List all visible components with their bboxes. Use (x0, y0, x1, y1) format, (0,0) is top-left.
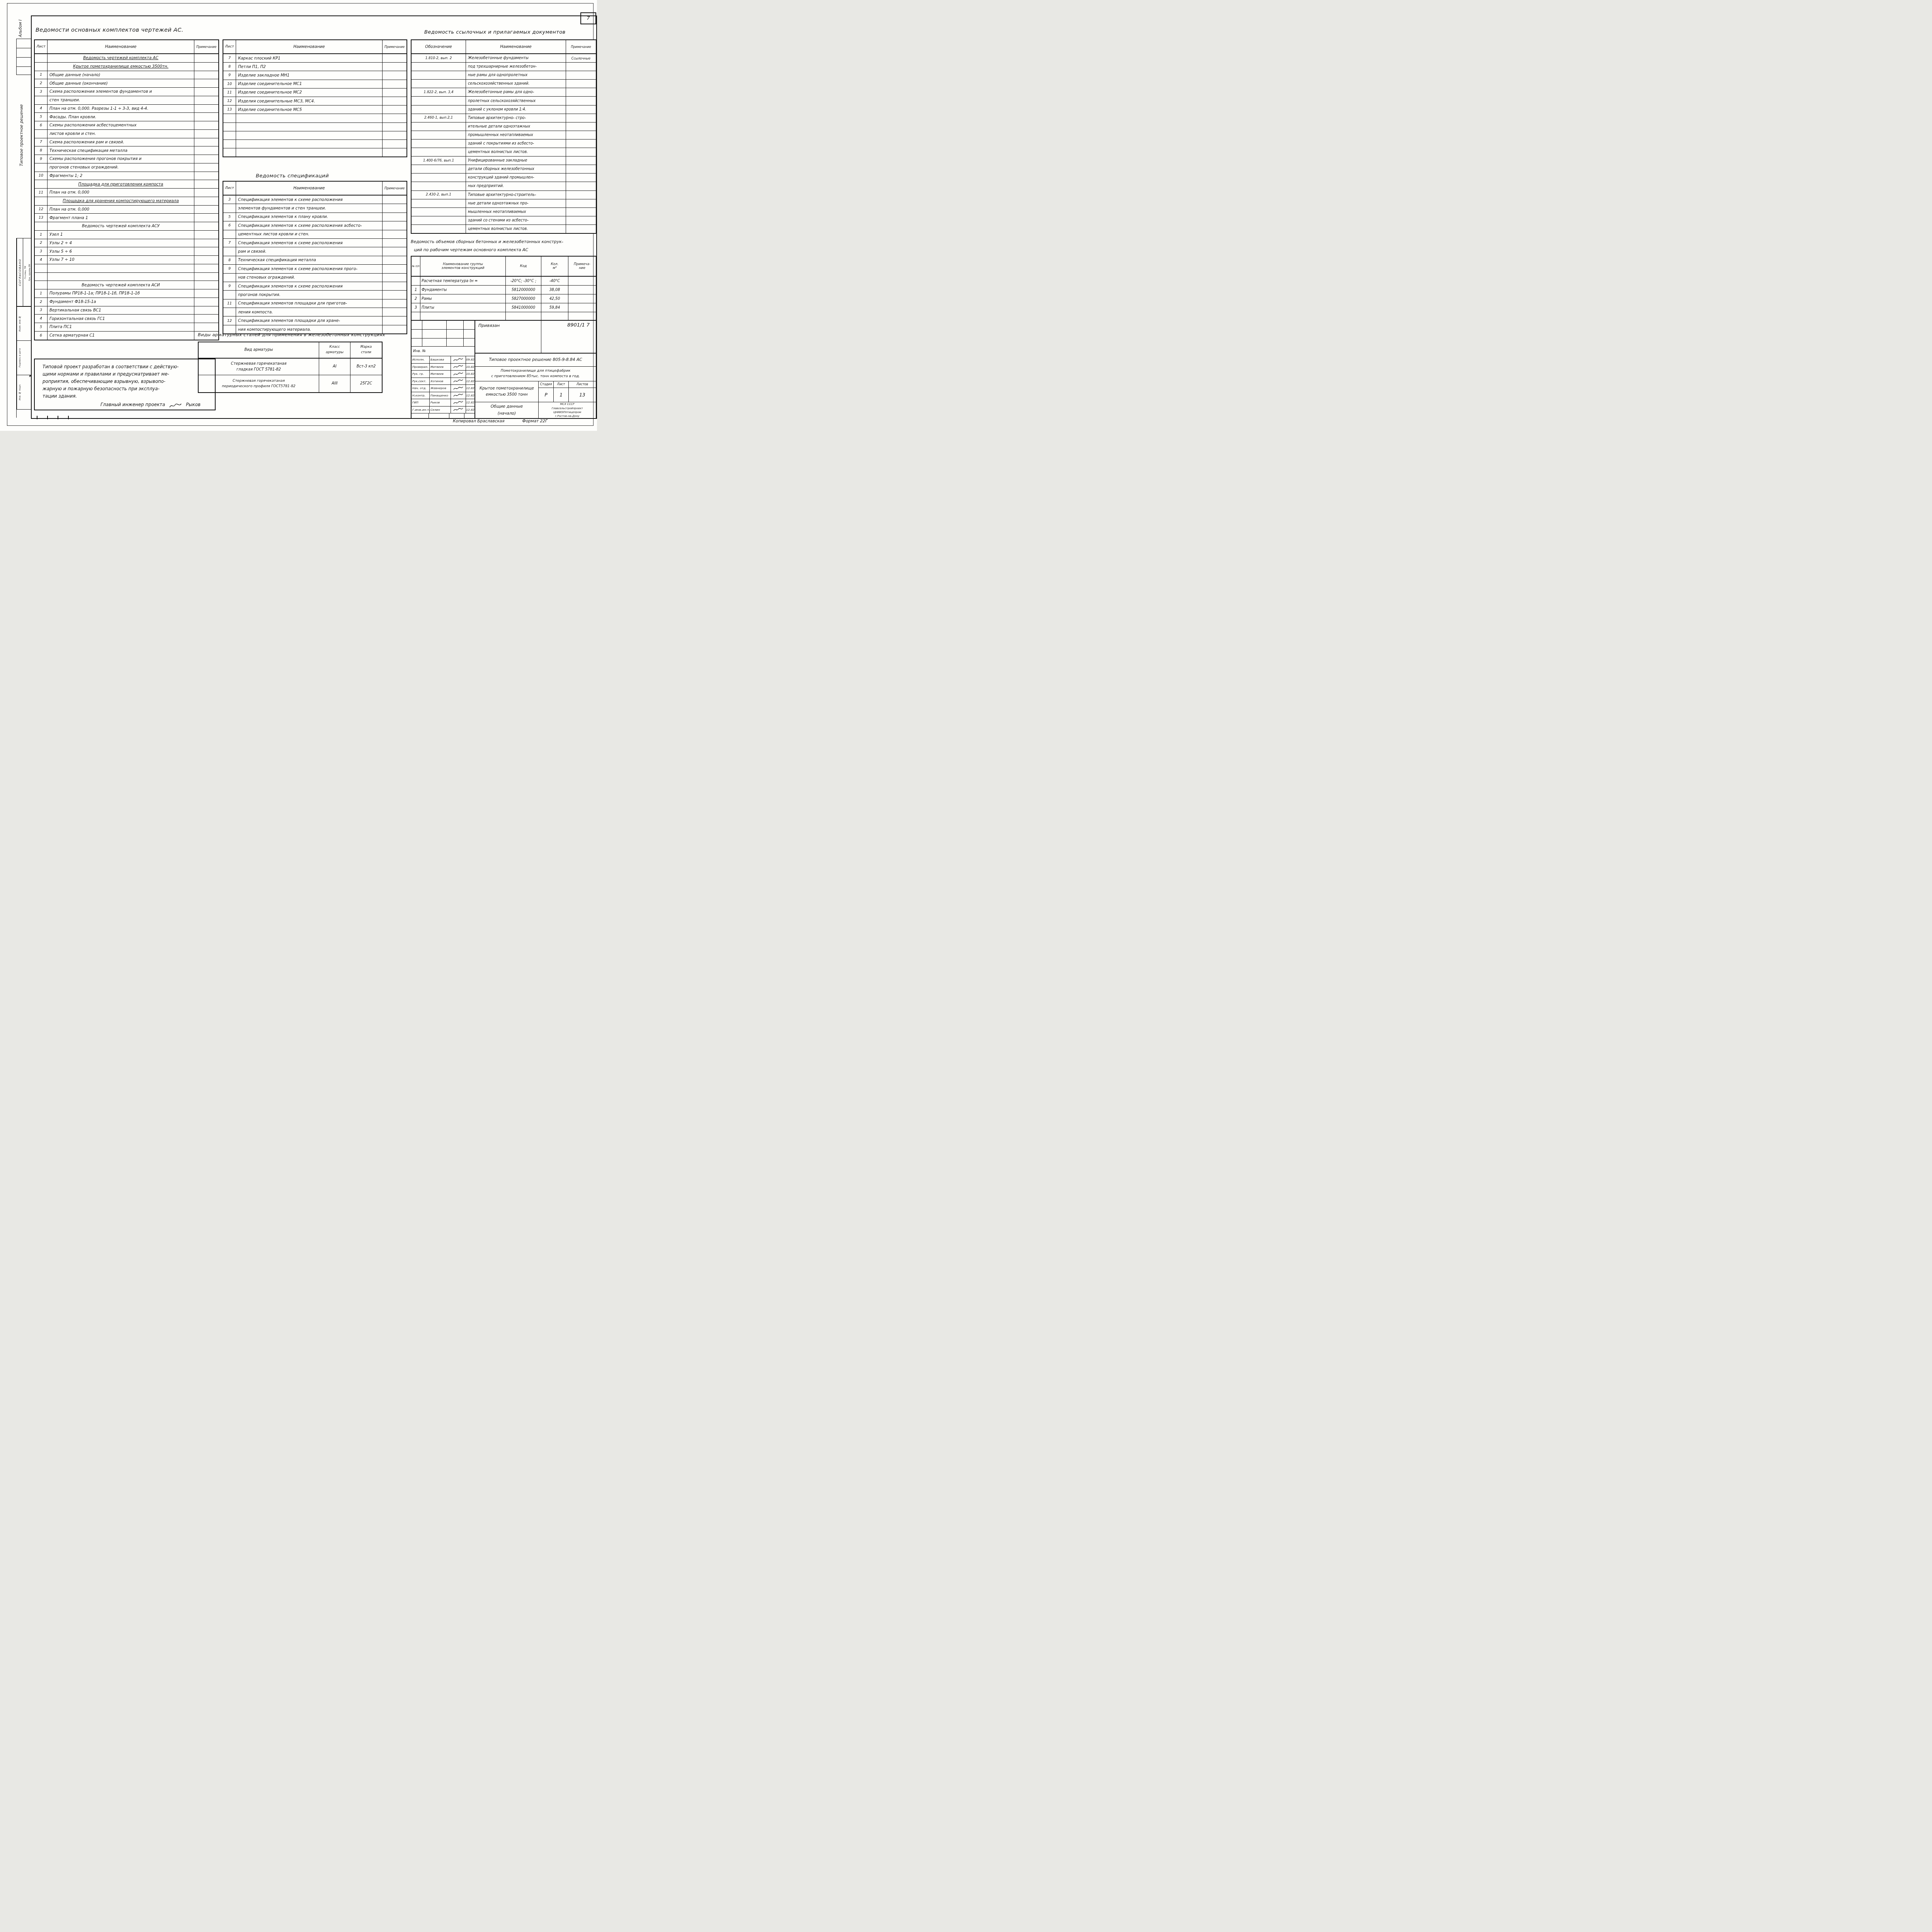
signature-row: Проверил. Матвеев 10.82 (412, 364, 474, 371)
signature-scribble (451, 399, 466, 406)
ref-table-header: Обозначение Наименование Примечание (412, 40, 596, 54)
table-row: 12 Изделия соединительные МС3, МС4. (223, 97, 406, 105)
table-row (223, 123, 406, 131)
table-row (223, 140, 406, 148)
signature-scribble (451, 371, 466, 378)
table-row: 2.460-1, вып.2,1 Типовые архитектурно- с… (412, 114, 596, 122)
title-block: Инв. № Исполн. Башкова 09.82 Проверил. (411, 320, 597, 419)
vol-row: 1 Фундаменты 5812000000 38,08 (412, 286, 596, 294)
note-sign-name: Рыков (186, 401, 201, 408)
vol-row: 2 Рамы 5827000000 42,50 (412, 294, 596, 303)
table-row: ительные детали одноэтажных (412, 122, 596, 131)
table-row: 3 Схема расположения элементов фундамент… (35, 88, 218, 96)
left-table: Лист Наименование Примечание Ведомость ч… (34, 39, 219, 340)
table-row: 3 Спецификация элементов к схеме располо… (223, 196, 406, 204)
table-row: 4 План на отм. 0,000. Разрезы 1-1 ÷ 3-3,… (35, 105, 218, 113)
table-row: 1.822-2, вып. 3,4 Железобетонные рамы дл… (412, 88, 596, 97)
note-box: Типовой проект разработан в соответствии… (34, 359, 216, 410)
table-row: конструкций зданий промышлен- (412, 173, 596, 182)
title-block-left: Инв. № Исполн. Башкова 09.82 Проверил. (412, 321, 475, 418)
table-row: промышленных неотапливаемых (412, 131, 596, 139)
sheet-name-band: Крытое пометохранилищеемкостью 3500 тонн… (475, 381, 596, 403)
table-row: зданий со стенами из асбесто- (412, 216, 596, 225)
sheet-content: Общие данные(начало) (475, 402, 539, 418)
frame-tick (58, 416, 58, 419)
margin-agreed-sig2: Рук. группы ВК (27, 238, 32, 306)
table-row: ления компоста. (223, 308, 406, 316)
signature-scribble (451, 364, 466, 371)
table-row: Площадка для хранения компостирующего ма… (35, 197, 218, 206)
table-row: 6 Схемы расположения асбестоцементных (35, 121, 218, 130)
left-table-header: Лист Наименование Примечание (35, 40, 218, 54)
table-row: элементов фундаментов и стен траншеи. (223, 204, 406, 213)
pinned-label: Привязан (475, 321, 541, 353)
table-row: 10 Изделие соединительное МС1 (223, 80, 406, 88)
table-row: 7 Спецификация элементов к схеме располо… (223, 239, 406, 247)
vol-row: 3 Плиты 5841000000 59,84 (412, 303, 596, 312)
drawing-sheet: 7 Альбом I Типовое проектное решение СОГ… (0, 0, 597, 431)
table-row: пролетных сельскохозяйственных (412, 97, 596, 105)
margin-album-label: Альбом I (19, 13, 23, 37)
margin-grid-top (16, 39, 32, 75)
ref-table: Обозначение Наименование Примечание 1.81… (411, 39, 597, 234)
table-row: под трехшарнирные железобетон- (412, 63, 596, 71)
table-row: зданий с уклоном кровли 1:4. (412, 105, 596, 114)
series-title: Типовое проектное решение 805-9-8.84 АС (475, 354, 596, 367)
table-row: 5 Фасады. План кровли. (35, 113, 218, 121)
table-row: 9 Схемы расположения прогонов покрытия и (35, 155, 218, 163)
sheet-name: Крытое пометохранилищеемкостью 3500 тонн (475, 381, 539, 402)
table-row: ные рамы для однопролетных (412, 71, 596, 80)
signature-scribble (451, 406, 466, 413)
table-row: 9 Спецификация элементов к схеме располо… (223, 265, 406, 273)
table-row: прогонов покрытия. (223, 291, 406, 299)
table-row: Ведомость чертежей комплекта АСИ (35, 281, 218, 289)
table-row: 11 План на отм. 0,000 (35, 189, 218, 197)
table-row: 8 Техническая спецификация металла (35, 146, 218, 155)
mid-table: Лист Наименование Примечание 7 Каркас пл… (223, 39, 407, 157)
table-row: 2 Фундамент Ф18-15-1а (35, 298, 218, 306)
table-row: 5 Спецификация элементов к плану кровли. (223, 213, 406, 221)
steel-table: Вид арматуры Классарматуры Маркастали Ст… (198, 342, 383, 393)
margin-agreed-block: СОГЛАСОВАНО Гл.спец. ТМ Рук. группы ВК (16, 238, 32, 307)
table-row: 7 Схема расположения рам и связей. (35, 138, 218, 147)
table-row: 4 Узлы 7 ÷ 10 (35, 256, 218, 264)
table-row: 2 Узлы 2 ÷ 4 (35, 239, 218, 248)
table-row: 6 Спецификация элементов к схеме располо… (223, 221, 406, 230)
organization-line: МСХ СССР (560, 402, 575, 406)
leader-arrow-icon: ➤ (29, 374, 32, 378)
note-line: тации здания. (43, 393, 209, 400)
table-row: Ведомость чертежей комплекта АСУ (35, 222, 218, 231)
object-title: Пометохранилище для птицефабрикс пригото… (475, 367, 596, 381)
table-row: 3 Вертикальная связь ВС1 (35, 306, 218, 315)
signature-row: Рук.сект. Хотинов 12.82 (412, 378, 474, 385)
table-row (35, 273, 218, 281)
table-row: нов стеновых ограждений. (223, 274, 406, 282)
note-line: роприятия, обеспечивающие взрывную, взры… (43, 378, 209, 385)
vol-temp-row: Расчетная температура tн = -20°C; -30°C … (412, 277, 596, 286)
table-row: 12 План на отм. 0,000 (35, 206, 218, 214)
margin-field-label: Подпись и дата (17, 341, 22, 375)
note-signoff: Главный инженер проекта (100, 401, 165, 408)
table-row: 1 Полурамы ПР18-1-1а; ПР18-1-1б, ПР18-1-… (35, 289, 218, 298)
table-row: 12 Спецификация элементов площадки для х… (223, 316, 406, 325)
left-table-title: Ведомости основных комплектов чертежей А… (36, 27, 184, 33)
organization: МСХ СССРГлавсельстройпроектЦНИИЭПптицепр… (539, 402, 596, 418)
mid-table-header: Лист Наименование Примечание (223, 40, 406, 54)
table-row: 4 Горизонтальная связь ГС1 (35, 315, 218, 323)
organization-line: ЦНИИЭПптицепром (553, 410, 581, 414)
table-row: 2 Общие данные (окончание) (35, 79, 218, 88)
spec-table-title: Ведомость спецификаций (256, 173, 329, 179)
table-row: цементных листов кровли и стен. (223, 230, 406, 239)
stage-table: Стадия Лист Листов Р 1 13 (539, 381, 596, 402)
organization-line: Главсельстройпроект (552, 406, 583, 410)
signature-row: Исполн. Башкова 09.82 (412, 356, 474, 364)
organization-line: г.Ростов-на-Дону (555, 414, 579, 418)
spec-table: Лист Наименование Примечание 3 Специфика… (223, 181, 407, 334)
signature-row: Н.контр. Панащенко 12.82 (412, 392, 474, 400)
signature-scribble (451, 385, 466, 392)
sheet-value: 1 (554, 388, 569, 402)
revision-grid (412, 321, 474, 347)
table-row: 8 Петли П1, П2 (223, 63, 406, 71)
table-row: 1 Узел 1 (35, 231, 218, 239)
note-line: жарную и пожарную безопасность при экспл… (43, 385, 209, 393)
table-row (223, 148, 406, 156)
table-row: Площадка для приготовления компоста (35, 180, 218, 189)
table-row: цементных волнистых листов. (412, 148, 596, 156)
frame-tick (37, 416, 37, 419)
margin-agreed-sig1: Гл.спец. ТМ (23, 238, 27, 306)
margin-agreed-label: СОГЛАСОВАНО (17, 238, 23, 306)
table-row: 11 Спецификация элементов площадки для п… (223, 299, 406, 308)
frame-tick (68, 416, 69, 419)
table-row: ные детали одноэтажных про- (412, 199, 596, 208)
table-row: 1 Общие данные (начало) (35, 71, 218, 80)
margin-field-label: Взам. инв. № (17, 306, 22, 340)
table-row (223, 114, 406, 122)
table-row: 9 Изделие закладное МН1 (223, 71, 406, 80)
table-row: 1.810-2, вып. 2 Железобетонные фундамент… (412, 54, 596, 63)
signature-scribble (451, 356, 466, 363)
note-line: щими нормами и правилами и предусматрива… (43, 371, 209, 378)
table-row: 13 Изделие соединительное МС5 (223, 105, 406, 114)
signature-empty-rows (412, 413, 474, 418)
table-row (223, 131, 406, 140)
table-row: 2.430-2, вып.1 Типовые архитектурно-стро… (412, 191, 596, 199)
stage-value: Р (539, 388, 554, 402)
table-row (35, 264, 218, 273)
content-band: Общие данные(начало) МСХ СССРГлавсельстр… (475, 402, 596, 418)
inventory-number-label: Инв. № (412, 347, 474, 356)
table-row: 9 Спецификация элементов к схеме располо… (223, 282, 406, 291)
table-row: рам и связей. (223, 247, 406, 256)
note-line: Типовой проект разработан в соответствии… (43, 363, 209, 371)
steel-row: Стержневая горячекатанаяпериодического п… (199, 375, 382, 392)
margin-fields-block: Взам. инв. № Подпись и дата Инв. № подл. (16, 306, 31, 418)
copied-line: Копировал Браславская Формат 22Г (453, 419, 548, 423)
table-row: сельскохозяйственных зданий. (412, 80, 596, 88)
signature-scribble (451, 392, 466, 399)
note-signoff-row: Главный инженер проекта Рыков (100, 401, 209, 408)
steel-table-header: Вид арматуры Классарматуры Маркастали (199, 342, 382, 359)
table-row: 8 Техническая спецификация металла (223, 256, 406, 265)
signature-scribble (451, 378, 466, 385)
vol-empty-row (412, 312, 596, 320)
ref-table-title: Ведомость ссылочных и прилагаемых докуме… (424, 29, 566, 35)
steel-row: Стержневая горячекатанаягладкая ГОСТ 578… (199, 359, 382, 375)
table-row: ных предприятий. (412, 182, 596, 190)
frame-tick (47, 416, 48, 419)
signature-row: Нач. отд. Жевнеров 12.82 (412, 385, 474, 392)
table-row: стен траншеи. (35, 96, 218, 105)
sheet-format: Формат 22Г (522, 419, 548, 423)
page-number: 7 (587, 15, 590, 21)
table-row: Ведомость чертежей комплекта АС (35, 54, 218, 63)
margin-field-label: Инв. № подл. (17, 375, 22, 409)
margin-solution-label: Типовое проектное решение (19, 70, 24, 166)
page-number-box: 7 (580, 12, 596, 24)
spec-table-header: Лист Наименование Примечание (223, 182, 406, 196)
table-row: прогонов стеновых ограждений. (35, 163, 218, 172)
steel-table-title: Виды арматурных сталей для применения в … (198, 332, 385, 337)
table-row: 11 Изделие соединительное МС2 (223, 88, 406, 97)
signature-row: Г.инж.ин-та Селин 12.82 (412, 406, 474, 414)
title-block-right: Привязан Типовое проектное решение 805-9… (475, 321, 596, 418)
table-row: листов кровли и стен. (35, 130, 218, 138)
table-row: 5 Плита ПС1 (35, 323, 218, 332)
vol-table-header: № п/п Наименование группыэлементов конст… (412, 257, 596, 277)
pinned-box: Привязан (475, 321, 596, 354)
copied-by: Копировал Браславская (453, 419, 505, 423)
table-row: цементных волнистых листов. (412, 225, 596, 233)
table-row: Крытое пометохранилище емкостью 3500тн. (35, 63, 218, 71)
signature-row: ГИП Рыков 12.82 (412, 399, 474, 406)
table-row: 10 Фрагменты 1; 2 (35, 172, 218, 180)
table-row: 7 Каркас плоский КР1 (223, 54, 406, 63)
table-row: детали сборных железобетонных (412, 165, 596, 173)
table-row: 6 Сетка арматурная С1 (35, 332, 218, 340)
table-row: зданий с покрытиями из асбесто- (412, 139, 596, 148)
vol-table: № п/п Наименование группыэлементов конст… (411, 256, 597, 321)
table-row: мышленных неотапливаемых (412, 208, 596, 216)
signature-row: Рук. гр. Матвеев 10.82 (412, 371, 474, 378)
table-row: 3 Узлы 5 ÷ 6 (35, 247, 218, 256)
vol-table-title: Ведомость объемов сборных бетонных и жел… (411, 238, 563, 254)
sheets-value: 13 (569, 388, 596, 402)
signature-scribble (169, 403, 182, 408)
table-row: 13 Фрагмент плана 1 (35, 214, 218, 222)
table-row: 1.400-6/76, вып.1 Унифицированные заклад… (412, 156, 596, 165)
